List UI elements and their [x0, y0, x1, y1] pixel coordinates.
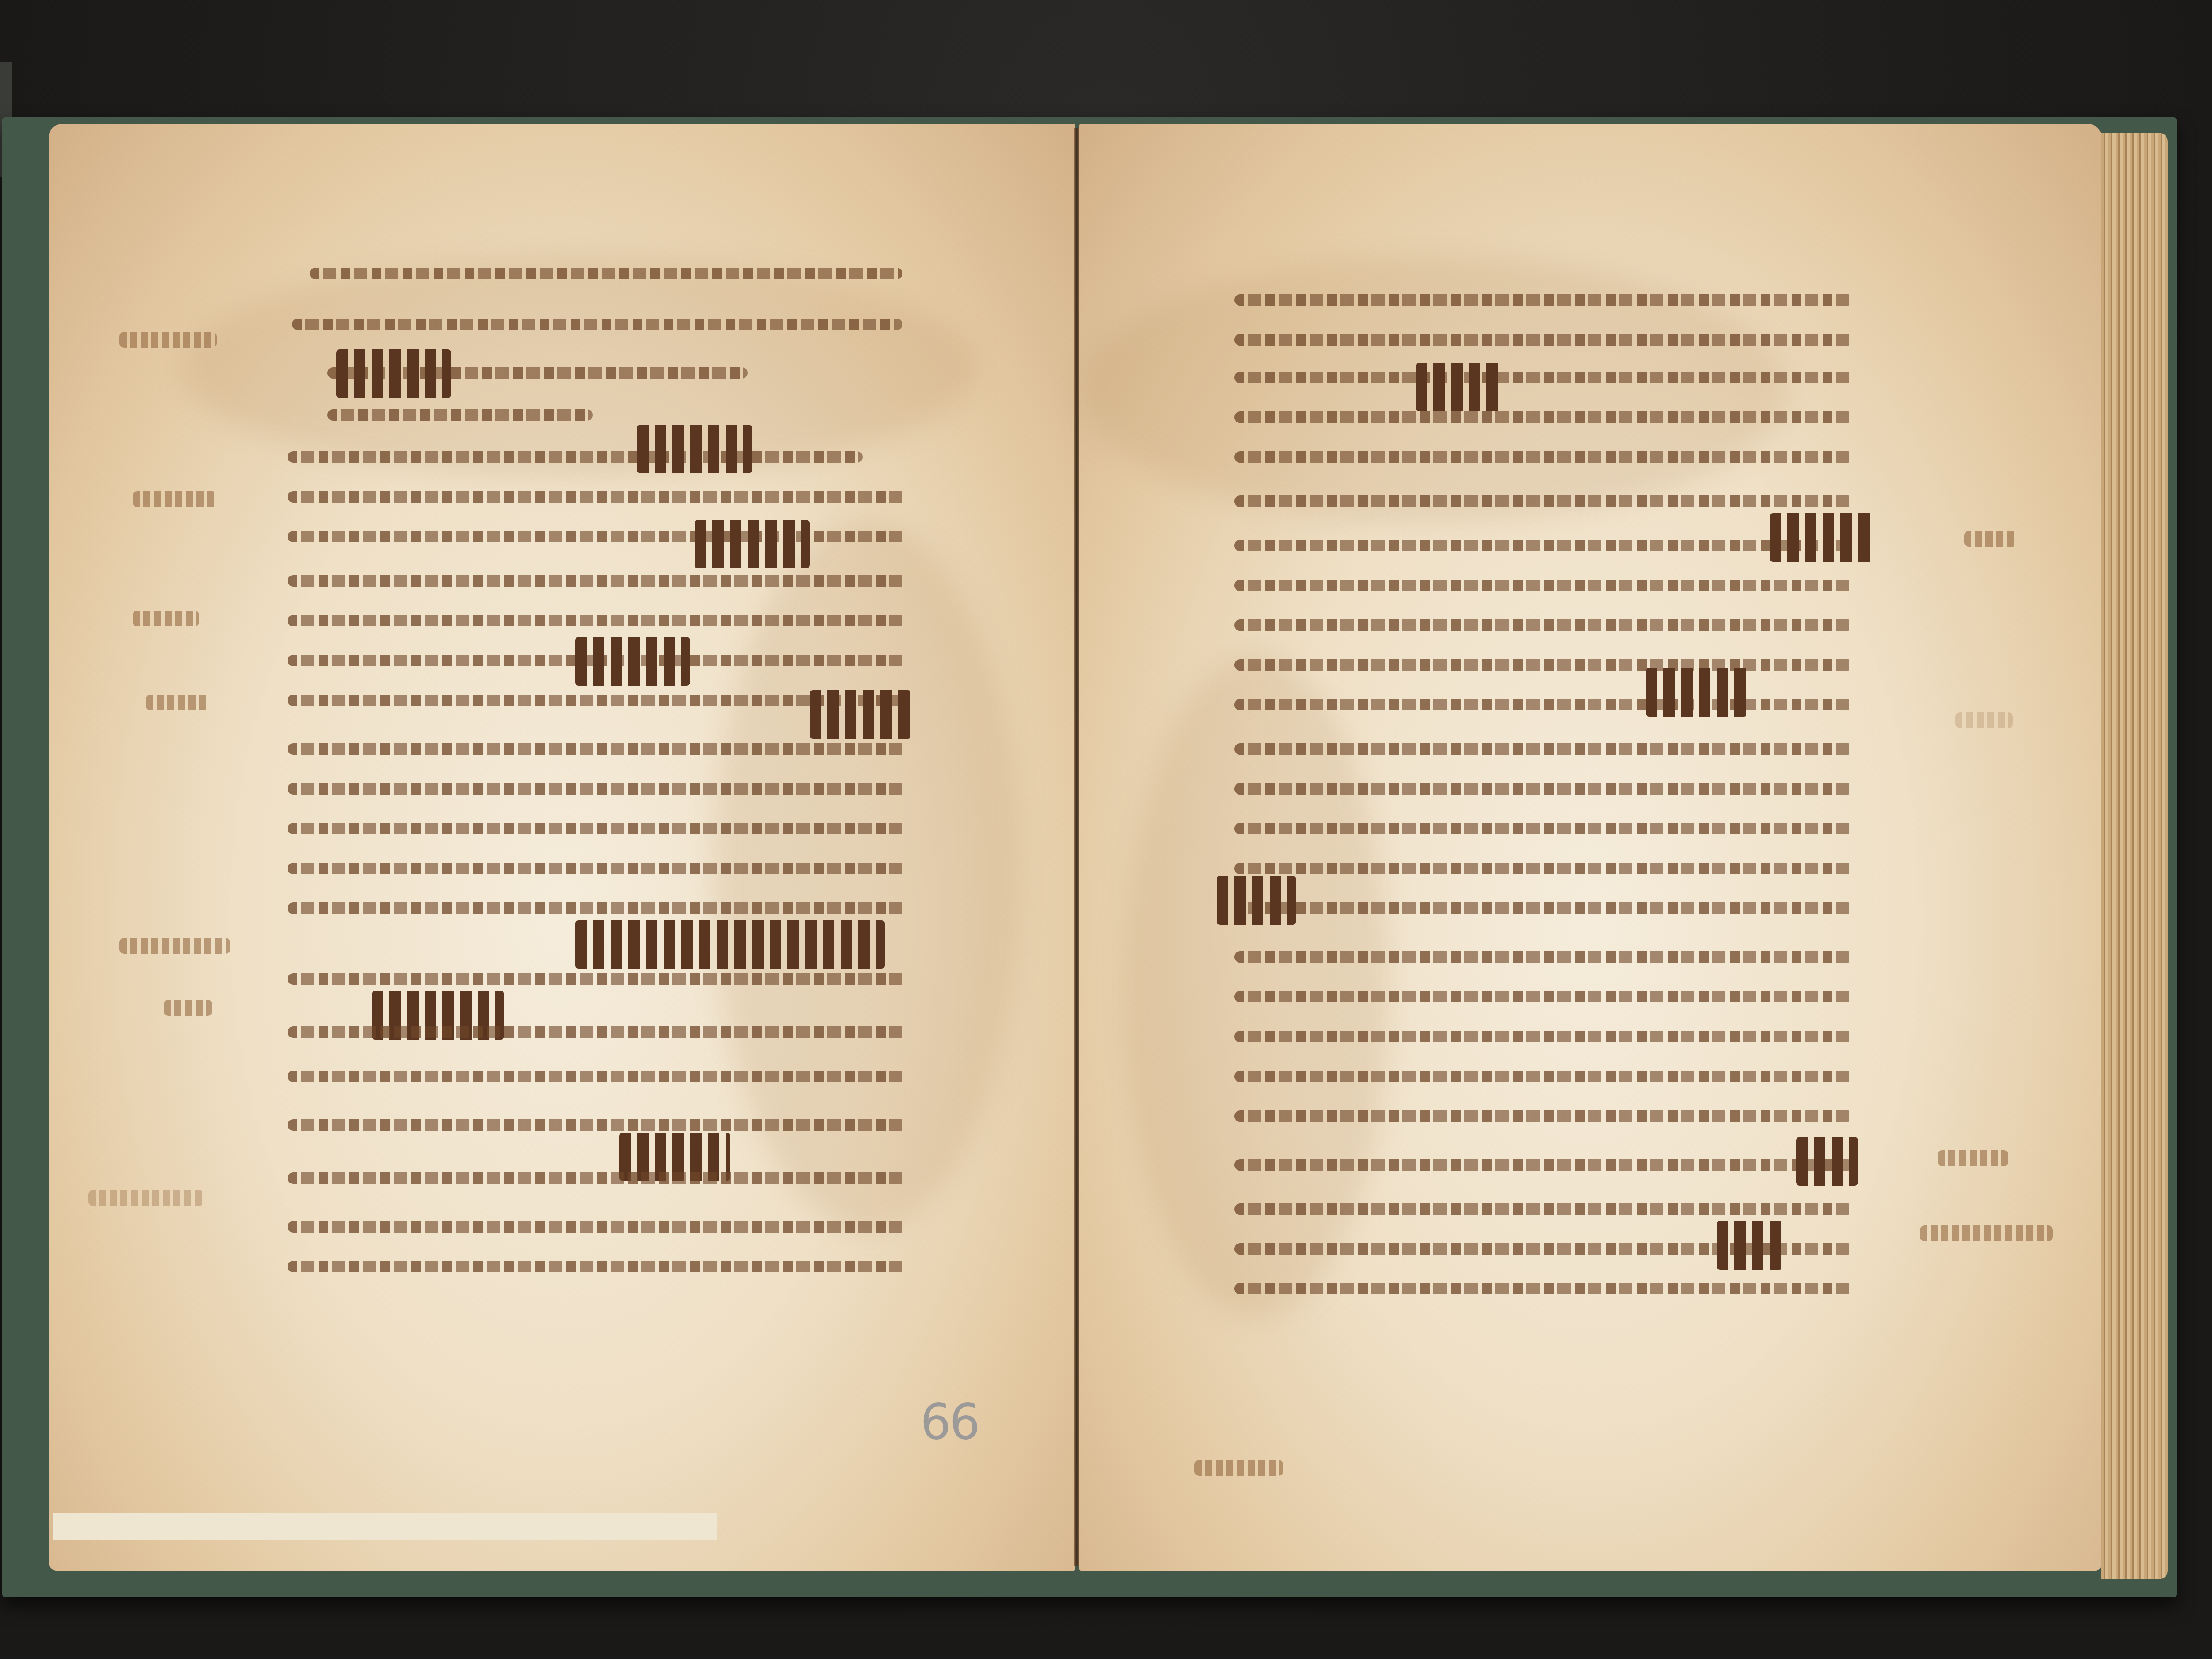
rubric-heading: [1416, 363, 1504, 411]
margin-note: [146, 695, 208, 710]
gutter: [1074, 128, 1079, 1566]
catchword: [1194, 1460, 1283, 1476]
rubric-heading: [1717, 1221, 1783, 1270]
rubric-heading: [810, 690, 911, 739]
margin-note: [88, 1190, 204, 1206]
margin-note: [1920, 1225, 2053, 1241]
rubric-heading: [695, 520, 810, 568]
folio-number: 66: [920, 1394, 979, 1450]
rubric-heading: [575, 637, 690, 686]
rubric-heading: [637, 425, 752, 473]
rubric-heading: [336, 349, 451, 398]
margin-note: [1955, 712, 2013, 728]
margin-note: [164, 1000, 212, 1016]
flyleaf: [53, 1513, 717, 1540]
rubric-heading: [1796, 1137, 1858, 1186]
margin-note: [119, 938, 230, 954]
margin-note: [1938, 1150, 2008, 1166]
margin-note: [133, 611, 199, 626]
rubric-heading: [1770, 513, 1876, 562]
margin-note: [119, 332, 217, 348]
rubric-heading: [575, 920, 885, 969]
margin-note: [133, 491, 217, 507]
rubric-heading: [1646, 668, 1747, 717]
page-edges: [2101, 133, 2168, 1579]
rubric-heading: [1217, 876, 1296, 925]
margin-note: [1964, 531, 2017, 547]
